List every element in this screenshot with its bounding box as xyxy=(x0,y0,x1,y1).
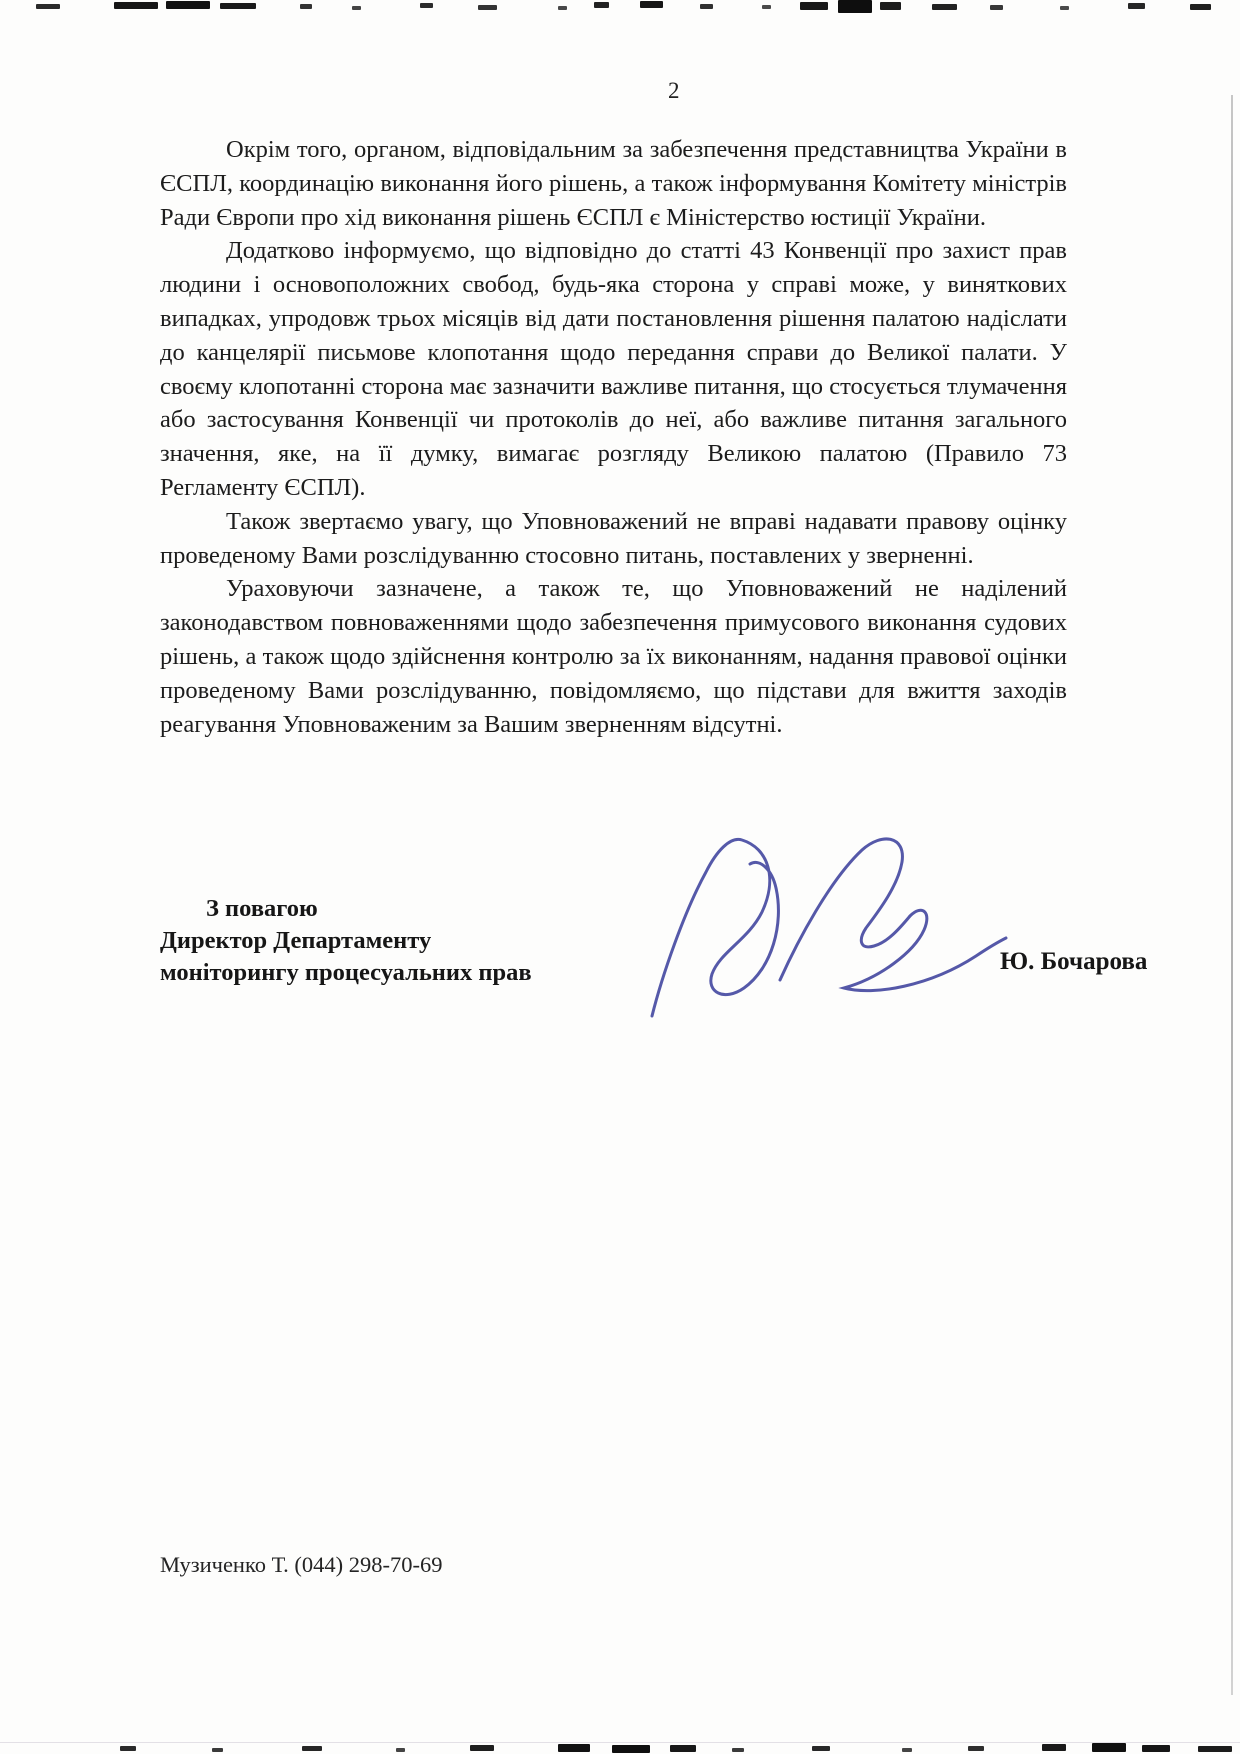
scan-mark xyxy=(812,1746,830,1751)
scan-mark xyxy=(470,1745,494,1751)
scan-mark xyxy=(166,1,210,9)
scan-edge-line-right xyxy=(1231,95,1233,1695)
signatory-name: Ю. Бочарова xyxy=(1000,948,1200,976)
scan-mark xyxy=(212,1748,223,1752)
paragraph-ombudsman-no-legal-assessment: Також звертаємо увагу, що Уповноважений … xyxy=(160,505,1067,573)
signature-block: З повагою Директор Департаменту монітори… xyxy=(160,893,800,989)
scan-mark xyxy=(1042,1744,1066,1751)
scan-mark xyxy=(300,4,312,9)
scan-mark xyxy=(1198,1746,1232,1752)
scan-mark xyxy=(558,6,567,10)
scan-mark xyxy=(880,2,901,10)
signature-salutation: З повагою xyxy=(160,893,800,925)
letter-body: Окрім того, органом, відповідальним за з… xyxy=(160,133,1067,741)
scan-mark xyxy=(220,3,256,9)
scan-mark xyxy=(558,1744,590,1752)
scan-mark xyxy=(640,1,663,8)
scan-mark xyxy=(968,1746,984,1751)
scan-mark xyxy=(800,2,828,10)
scan-mark xyxy=(838,0,872,13)
scan-mark xyxy=(932,4,957,10)
scan-edge-line-bottom xyxy=(0,1742,1240,1743)
scan-mark xyxy=(302,1746,322,1751)
scan-mark xyxy=(36,4,60,9)
scan-mark xyxy=(990,5,1003,10)
page-number: 2 xyxy=(668,78,680,104)
scan-mark xyxy=(1060,6,1069,10)
scan-mark xyxy=(120,1746,136,1751)
scan-mark xyxy=(420,3,433,8)
paragraph-representation-espl: Окрім того, органом, відповідальним за з… xyxy=(160,133,1067,234)
scan-mark xyxy=(732,1748,744,1752)
scan-mark xyxy=(1092,1743,1126,1752)
signature-title-line1: Директор Департаменту xyxy=(160,925,800,957)
scan-mark xyxy=(352,6,361,10)
scan-mark xyxy=(902,1748,912,1752)
scan-mark xyxy=(478,5,497,10)
scan-mark xyxy=(594,2,609,8)
scan-mark xyxy=(612,1745,650,1753)
footer-contact: Музиченко Т. (044) 298-70-69 xyxy=(160,1552,442,1578)
scan-mark xyxy=(670,1745,696,1752)
signature-title-line2: моніторингу процесуальних прав xyxy=(160,957,800,989)
scan-mark xyxy=(1128,3,1145,9)
paragraph-article-43-convention: Додатково інформуємо, що відповідно до с… xyxy=(160,234,1067,504)
scan-mark xyxy=(114,2,158,9)
scan-mark xyxy=(1142,1745,1170,1752)
scan-mark xyxy=(700,4,713,9)
paragraph-conclusion-no-grounds: Ураховуючи зазначене, а також те, що Упо… xyxy=(160,572,1067,741)
scan-mark xyxy=(1190,4,1211,10)
document-page: 2 Окрім того, органом, відповідальним за… xyxy=(0,0,1240,1754)
scan-mark xyxy=(396,1748,405,1752)
scan-mark xyxy=(762,5,771,9)
